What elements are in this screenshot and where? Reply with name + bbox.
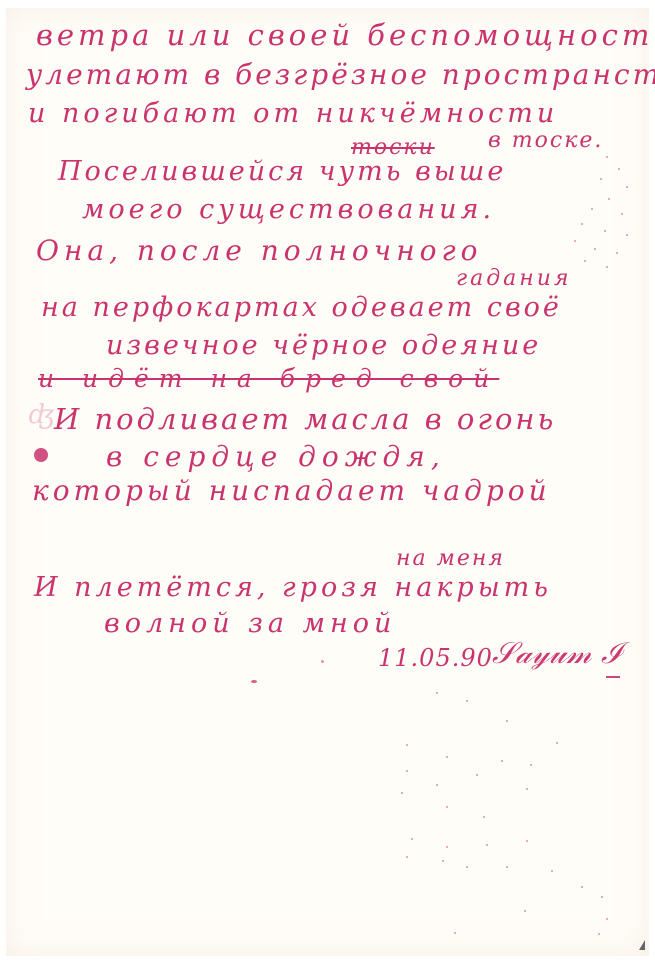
manuscript-date: 11.05.90 (378, 644, 493, 672)
signature-underline (606, 676, 620, 678)
manuscript-line-2: улетают в безгрёзное пространство (26, 58, 655, 91)
manuscript-line-12: который ниспадает чадрой (32, 474, 551, 507)
manuscript-line-10: И подливает масла в огонь (54, 402, 556, 436)
manuscript-line-4: Поселившейся чуть выше (58, 156, 506, 187)
faded-scribble: ʤ (28, 400, 55, 430)
manuscript-line-11: в сердце дождя, (106, 440, 446, 473)
manuscript-line-7: гадания (456, 266, 572, 291)
manuscript-line-9: извечное чёрное одеяние (106, 330, 541, 361)
manuscript-line-8: на перфокартах одевает своё (41, 292, 562, 323)
manuscript-line-1: ветра или своей беспомощности (36, 18, 655, 52)
manuscript-line-5: моего существования. (82, 194, 495, 225)
paper-sheet: ветра или своей беспомощности улетают в … (6, 8, 649, 956)
manuscript-line-3: и погибают от никчёмности (28, 98, 558, 129)
manuscript-insert: в тоске. (488, 128, 603, 153)
signature: 𝒮𝒶𝓎𝓊𝓂 ℐ (492, 636, 622, 671)
corner-mark (639, 940, 645, 950)
manuscript-line-14: волной за мной (104, 608, 396, 639)
manuscript-struck-line: и идёт на бред свой (38, 364, 499, 393)
stray-mark (251, 680, 257, 683)
manuscript-line-13: И плетётся, грозя накрыть (34, 572, 552, 603)
manuscript-insert-2: на меня (396, 546, 505, 571)
ink-blot (34, 448, 48, 462)
manuscript-line-6: Она, после полночного (36, 234, 483, 267)
stray-mark (321, 660, 324, 663)
